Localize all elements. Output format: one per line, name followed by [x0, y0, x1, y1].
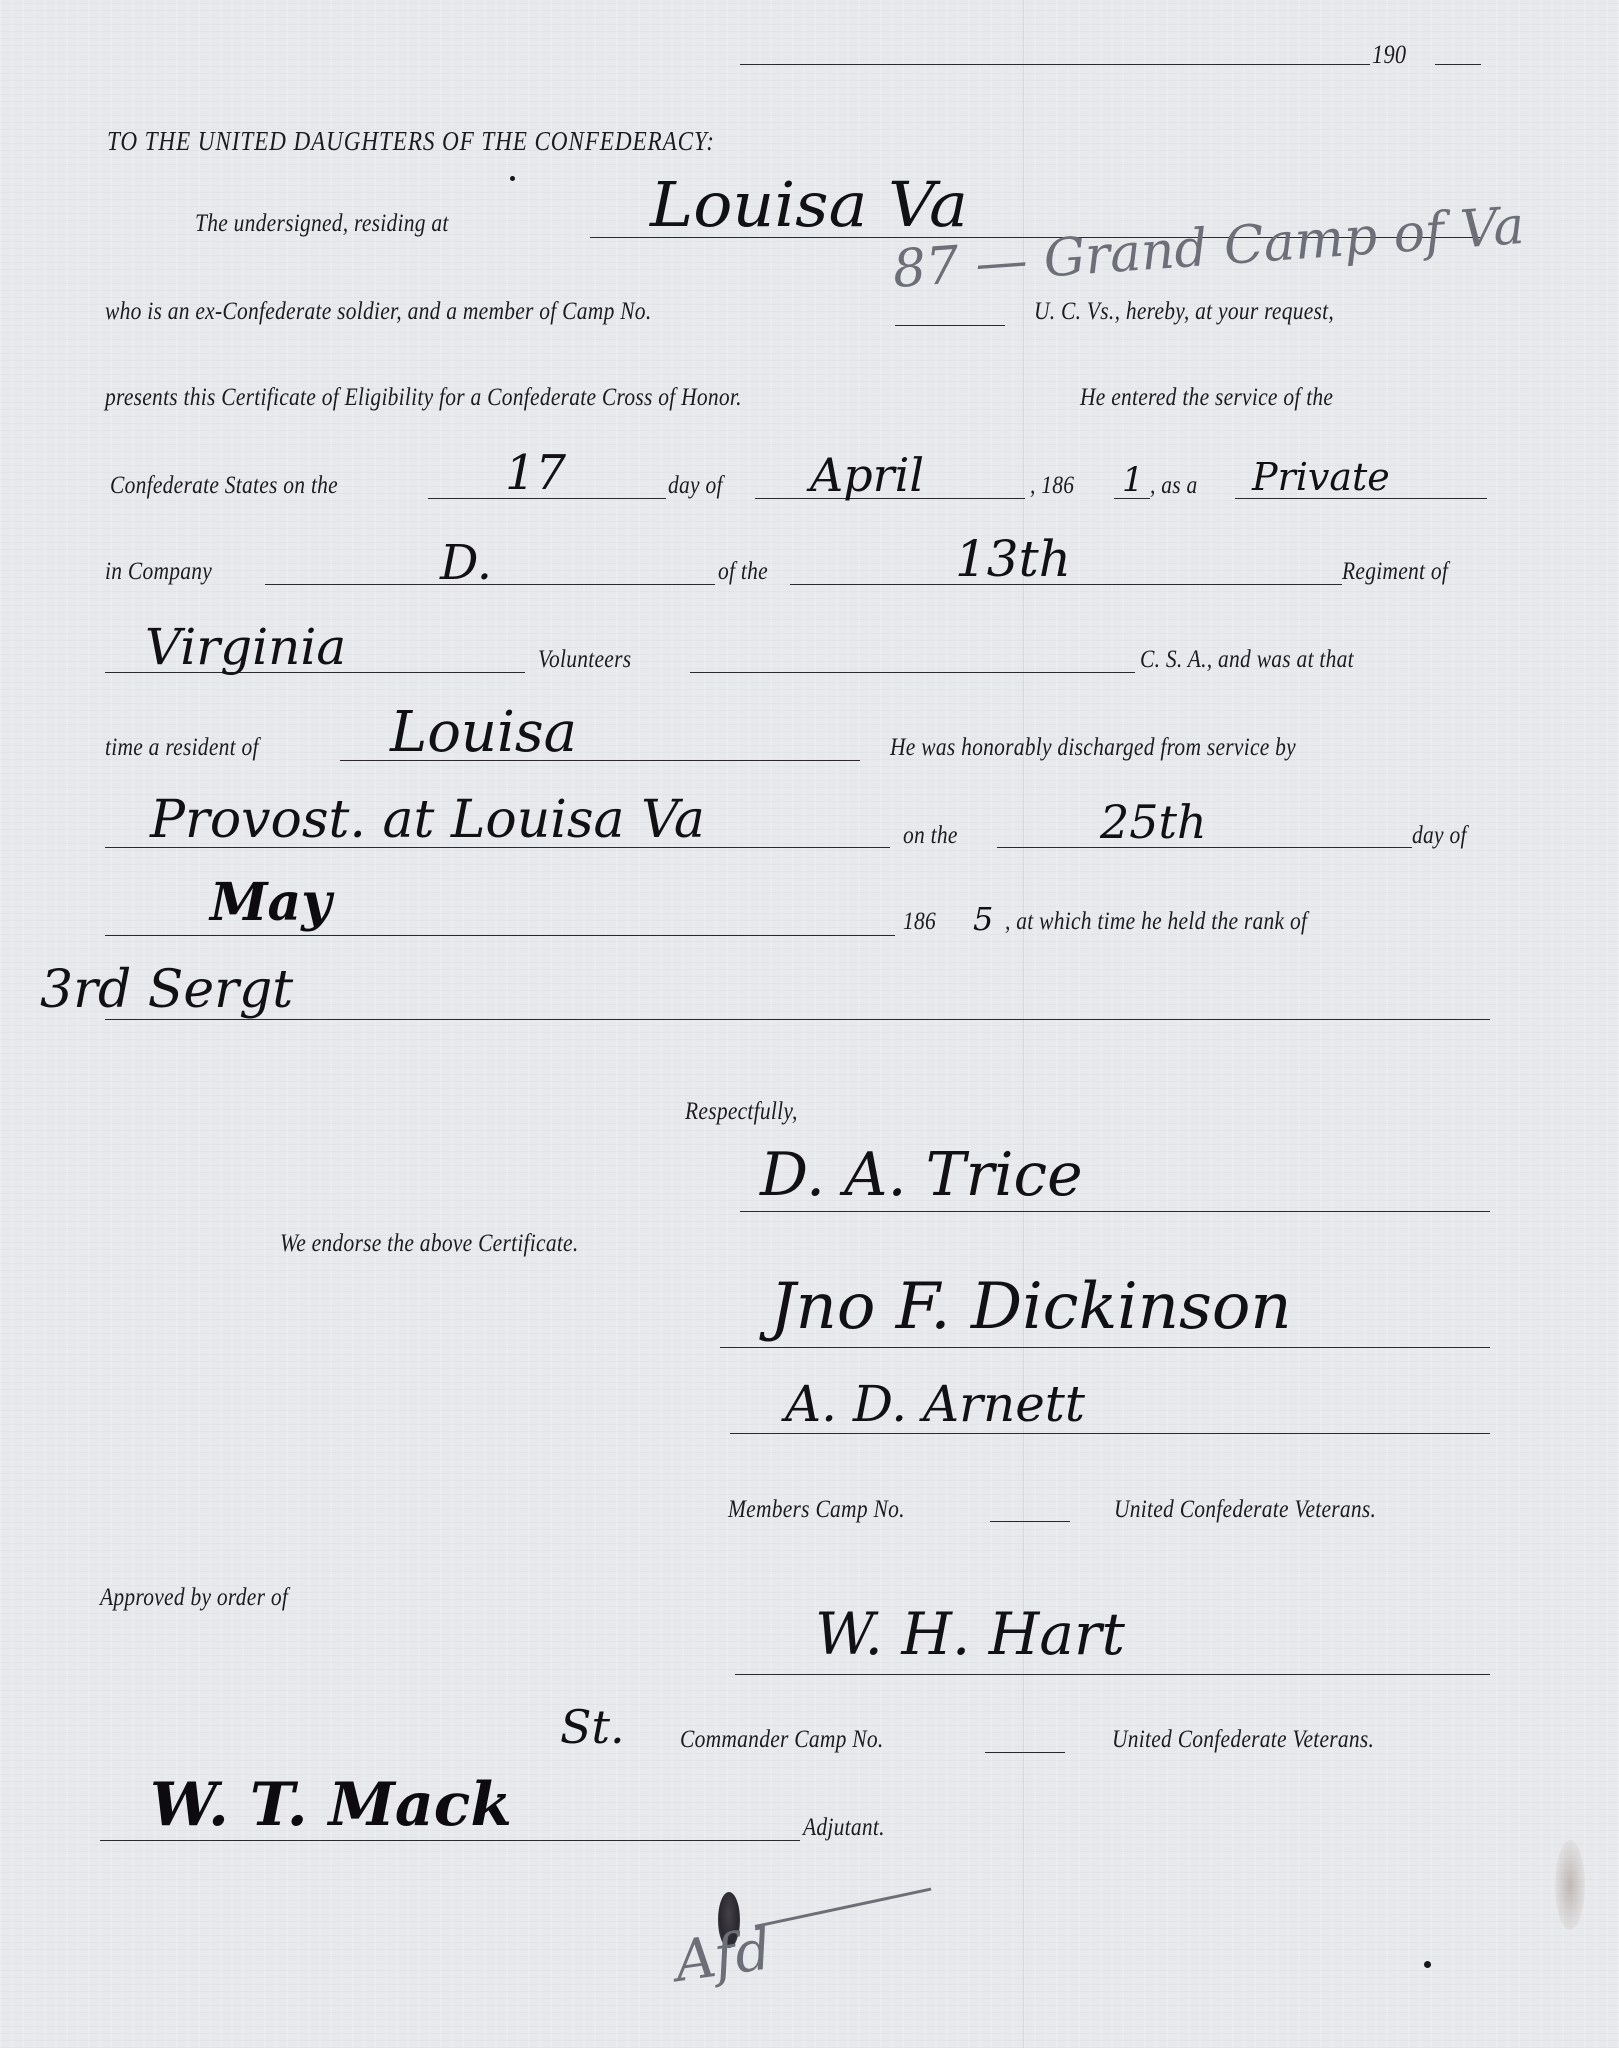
endorser-2-line [730, 1433, 1490, 1434]
handwritten-discharge-month: May [210, 872, 331, 933]
label-honorably-discharged: He was honorably discharged from service… [890, 734, 1296, 762]
handwritten-enlist-rank: Private [1252, 455, 1390, 499]
ink-dot [1424, 1961, 1431, 1968]
commander-signature-line [735, 1674, 1490, 1675]
handwritten-discharge-year-digit: 5 [973, 900, 993, 938]
soldier-signature-line [740, 1211, 1490, 1212]
signature-endorser-1: Jno F. Dickinson [770, 1270, 1292, 1344]
handwritten-residence: Louisa Va [650, 168, 968, 241]
handwritten-regiment: 13th [955, 530, 1071, 588]
members-camp-number-line [990, 1521, 1070, 1522]
label-of-the: of the [718, 558, 768, 586]
label-confederate-states-on-the: Confederate States on the [110, 472, 338, 500]
label-time-resident-of: time a resident of [105, 734, 259, 762]
handwritten-state: Virginia [145, 618, 346, 676]
adjutant-signature-line [100, 1840, 800, 1841]
label-members-camp-no: Members Camp No. [728, 1496, 905, 1524]
endorser-1-line [720, 1347, 1490, 1348]
signature-adjutant: W. T. Mack [150, 1770, 512, 1840]
label-endorse-certificate: We endorse the above Certificate. [280, 1230, 579, 1258]
handwritten-resident-of: Louisa [390, 700, 577, 765]
label-ucvs: U. C. Vs., hereby, at your request, [1034, 298, 1334, 326]
label-ucv-2: United Confederate Veterans. [1112, 1726, 1374, 1754]
handwritten-enlist-month: April [810, 448, 924, 502]
date-year-prefix: 190 [1372, 40, 1406, 70]
pencil-stroke [755, 1888, 932, 1928]
label-respectfully: Respectfully, [685, 1098, 798, 1126]
handwritten-camp-number: 87 — Grand Camp of Va [891, 196, 1526, 300]
paper-fold-crease [1023, 0, 1024, 2048]
label-day-of-2: day of [1412, 822, 1467, 850]
handwritten-discharge-day: 25th [1100, 795, 1207, 849]
signature-commander: W. H. Hart [815, 1600, 1125, 1668]
label-day-of: day of [668, 472, 723, 500]
label-csa: C. S. A., and was at that [1140, 646, 1354, 674]
label-residing-at: The undersigned, residing at [195, 210, 449, 238]
label-entered-service: He entered the service of the [1080, 384, 1333, 412]
label-member-of-camp: who is an ex-Confederate soldier, and a … [105, 298, 651, 326]
ink-dot-small [510, 176, 515, 181]
handwritten-commander-initial: St. [560, 1700, 625, 1754]
paper-stain [1555, 1840, 1585, 1930]
label-presents-certificate: presents this Certificate of Eligibility… [105, 384, 742, 412]
label-regiment-of: Regiment of [1342, 558, 1448, 586]
signature-endorser-2: A. D. Arnett [785, 1375, 1085, 1433]
label-in-company: in Company [105, 558, 212, 586]
handwritten-company: D. [440, 535, 492, 591]
camp-number-line [895, 325, 1005, 326]
date-year-line [1435, 64, 1481, 65]
document-title: TO THE UNITED DAUGHTERS OF THE CONFEDERA… [107, 126, 715, 157]
label-year-186-2: 186 [903, 908, 936, 936]
rank-held-line [105, 1019, 1490, 1020]
signature-soldier: D. A. Trice [760, 1140, 1083, 1210]
handwritten-enlist-year-digit: 1 [1122, 460, 1144, 500]
commander-camp-number-line [985, 1752, 1065, 1753]
label-adjutant: Adjutant. [803, 1814, 885, 1842]
handwritten-rank-held: 3rd Sergt [40, 960, 293, 1020]
label-commander-camp-no: Commander Camp No. [680, 1726, 884, 1754]
label-as-a: , as a [1150, 472, 1198, 500]
volunteers-line [690, 672, 1135, 673]
handwritten-discharged-by: Provost. at Louisa Va [150, 790, 705, 850]
label-approved-by-order: Approved by order of [100, 1584, 288, 1612]
discharge-month-line [105, 935, 895, 936]
pencil-note: Afd [671, 1917, 775, 1995]
label-year-186: , 186 [1030, 472, 1074, 500]
label-ucv-1: United Confederate Veterans. [1114, 1496, 1376, 1524]
label-on-the: on the [903, 822, 958, 850]
date-line [740, 64, 1370, 65]
handwritten-enlist-day: 17 [505, 445, 566, 501]
label-held-rank: , at which time he held the rank of [1005, 908, 1307, 936]
label-volunteers: Volunteers [538, 646, 631, 674]
